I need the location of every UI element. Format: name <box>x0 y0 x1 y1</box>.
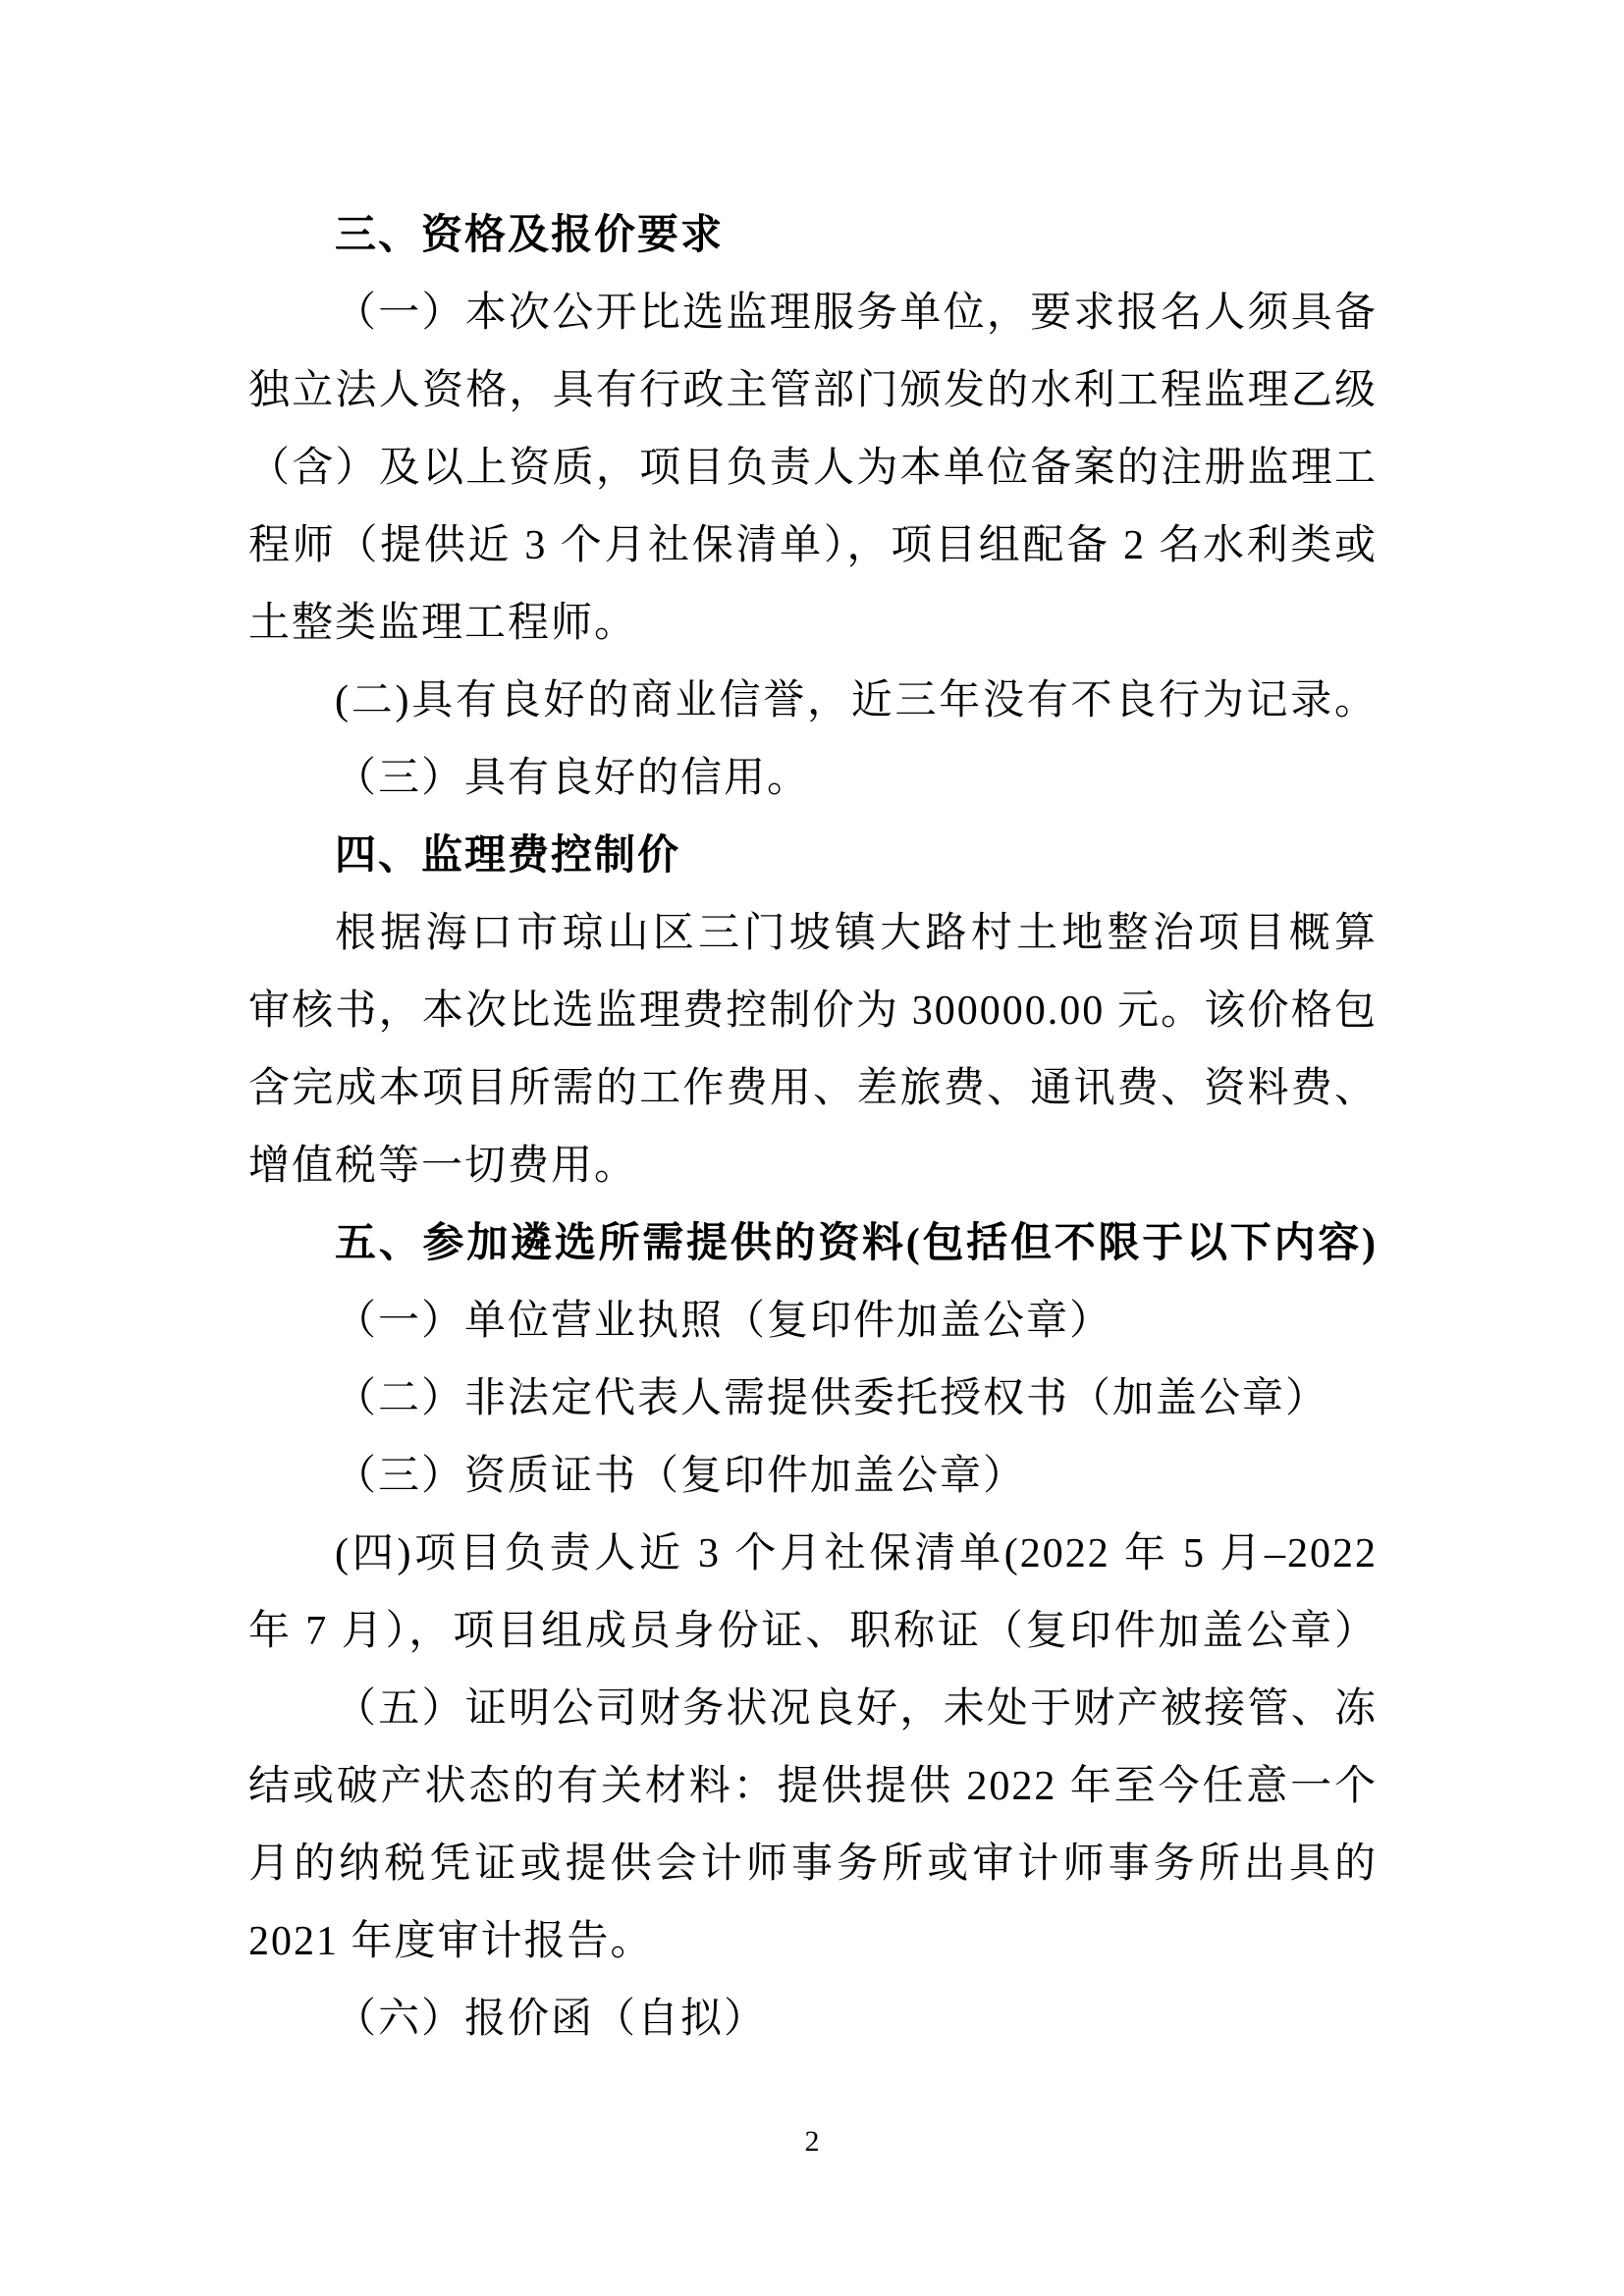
doc-line: 含完成本项目所需的工作费用、差旅费、通讯费、资料费、 <box>248 1050 1378 1128</box>
doc-line: 结或破产状态的有关材料：提供提供 2022 年至今任意一个 <box>248 1748 1378 1826</box>
doc-line: （二）非法定代表人需提供委托授权书（加盖公章） <box>248 1361 1378 1438</box>
doc-line: 2021 年度审计报告。 <box>248 1903 1378 1981</box>
document-page: { "colors": { "background": "#ffffff", "… <box>0 0 1624 2296</box>
doc-line: 年 7 月），项目组成员身份证、职称证（复印件加盖公章） <box>248 1593 1378 1671</box>
doc-line: (二)具有良好的商业信誉，近三年没有不良行为记录。 <box>248 663 1378 740</box>
doc-line: 审核书，本次比选监理费控制价为 300000.00 元。该价格包 <box>248 973 1378 1050</box>
doc-line: （一）本次公开比选监理服务单位，要求报名人须具备 <box>248 275 1378 352</box>
doc-line: （六）报价函（自拟） <box>248 1981 1378 2058</box>
doc-line: 增值税等一切费用。 <box>248 1128 1378 1205</box>
doc-line: (四)项目负责人近 3 个月社保清单(2022 年 5 月–2022 <box>248 1516 1378 1593</box>
section-heading: 三、资格及报价要求 <box>248 197 1378 275</box>
doc-line: 程师（提供近 3 个月社保清单），项目组配备 2 名水利类或 <box>248 507 1378 585</box>
doc-line: 月的纳税凭证或提供会计师事务所或审计师事务所出具的 <box>248 1826 1378 1903</box>
doc-line: （三）资质证书（复印件加盖公章） <box>248 1438 1378 1516</box>
doc-line: 独立法人资格，具有行政主管部门颁发的水利工程监理乙级 <box>248 352 1378 430</box>
doc-line: （含）及以上资质，项目负责人为本单位备案的注册监理工 <box>248 430 1378 507</box>
doc-line: （三）具有良好的信用。 <box>248 740 1378 818</box>
text-block: 三、资格及报价要求（一）本次公开比选监理服务单位，要求报名人须具备独立法人资格，… <box>248 197 1378 2058</box>
page-number: 2 <box>0 2122 1624 2162</box>
doc-line: （一）单位营业执照（复印件加盖公章） <box>248 1283 1378 1361</box>
section-heading: 四、监理费控制价 <box>248 818 1378 895</box>
doc-line: 根据海口市琼山区三门坡镇大路村土地整治项目概算 <box>248 895 1378 973</box>
doc-line: （五）证明公司财务状况良好，未处于财产被接管、冻 <box>248 1671 1378 1748</box>
section-heading: 五、参加遴选所需提供的资料(包括但不限于以下内容) <box>248 1205 1378 1283</box>
doc-line: 土整类监理工程师。 <box>248 585 1378 663</box>
